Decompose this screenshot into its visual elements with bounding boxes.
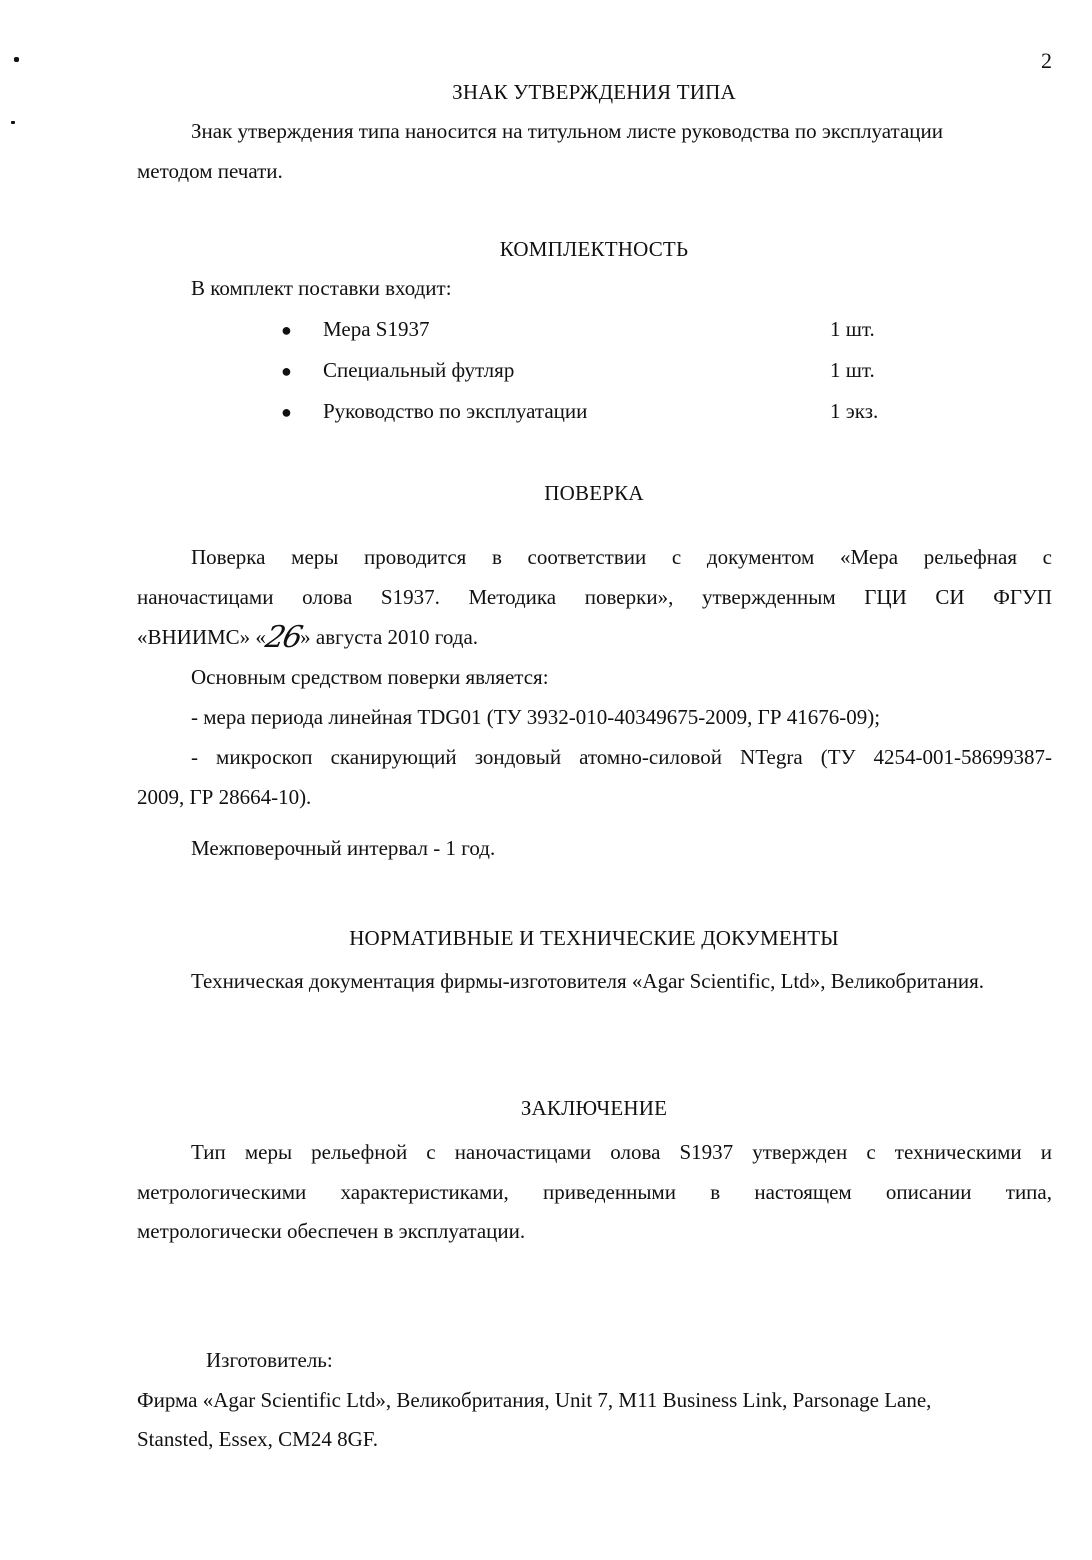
approval-prefix: «ВНИИМС» « bbox=[137, 625, 266, 649]
item-qty: 1 шт. bbox=[830, 360, 875, 381]
paragraph-line: метрологическими характеристиками, приве… bbox=[137, 1182, 1052, 1203]
paragraph-line: метрологически обеспечен в эксплуатации. bbox=[137, 1221, 525, 1242]
approval-suffix: » августа 2010 года. bbox=[300, 625, 478, 649]
manufacturer-address: Фирма «Agar Scientific Ltd», Великобрита… bbox=[137, 1390, 931, 1411]
paragraph-line: Знак утверждения типа наносится на титул… bbox=[191, 121, 943, 142]
means-item: - микроскоп сканирующий зондовый атомно-… bbox=[191, 747, 1052, 768]
verification-interval: Межповерочный интервал - 1 год. bbox=[191, 838, 495, 859]
means-intro: Основным средством поверки является: bbox=[191, 667, 549, 688]
manufacturer-address: Stansted, Essex, CM24 8GF. bbox=[137, 1429, 378, 1450]
means-item-continuation: 2009, ГР 28664-10). bbox=[137, 787, 311, 808]
handwritten-day: 26 bbox=[264, 628, 302, 648]
scan-speck bbox=[14, 57, 19, 62]
item-name: Мера S1937 bbox=[323, 319, 429, 340]
section-heading-type-mark: ЗНАК УТВЕРЖДЕНИЯ ТИПА bbox=[0, 80, 1092, 105]
item-qty: 1 шт. bbox=[830, 319, 875, 340]
section-heading-verification: ПОВЕРКА bbox=[0, 481, 1092, 506]
item-name: Специальный футляр bbox=[323, 360, 514, 381]
bullet-icon: ● bbox=[281, 402, 292, 423]
section-heading-conclusion: ЗАКЛЮЧЕНИЕ bbox=[0, 1096, 1092, 1121]
manufacturer-label: Изготовитель: bbox=[206, 1350, 333, 1371]
bullet-icon: ● bbox=[281, 361, 292, 382]
paragraph-line: Тип меры рельефной с наночастицами олова… bbox=[191, 1142, 1052, 1163]
normative-text: Техническая документация фирмы-изготовит… bbox=[191, 971, 984, 992]
scan-speck bbox=[11, 121, 15, 124]
page-number: 2 bbox=[1041, 48, 1052, 74]
section-heading-normative: НОРМАТИВНЫЕ И ТЕХНИЧЕСКИЕ ДОКУМЕНТЫ bbox=[0, 926, 1092, 951]
item-qty: 1 экз. bbox=[830, 401, 878, 422]
completeness-intro: В комплект поставки входит: bbox=[191, 278, 452, 299]
paragraph-line: Поверка меры проводится в соответствии с… bbox=[191, 547, 1052, 568]
approval-date-line: «ВНИИМС» «26» августа 2010 года. bbox=[137, 627, 478, 648]
paragraph-line: наночастицами олова S1937. Методика пове… bbox=[137, 587, 1052, 608]
paragraph-line: методом печати. bbox=[137, 161, 283, 182]
section-heading-completeness: КОМПЛЕКТНОСТЬ bbox=[0, 237, 1092, 262]
means-item: - мера периода линейная TDG01 (ТУ 3932-0… bbox=[191, 707, 880, 728]
bullet-icon: ● bbox=[281, 320, 292, 341]
item-name: Руководство по эксплуатации bbox=[323, 401, 587, 422]
